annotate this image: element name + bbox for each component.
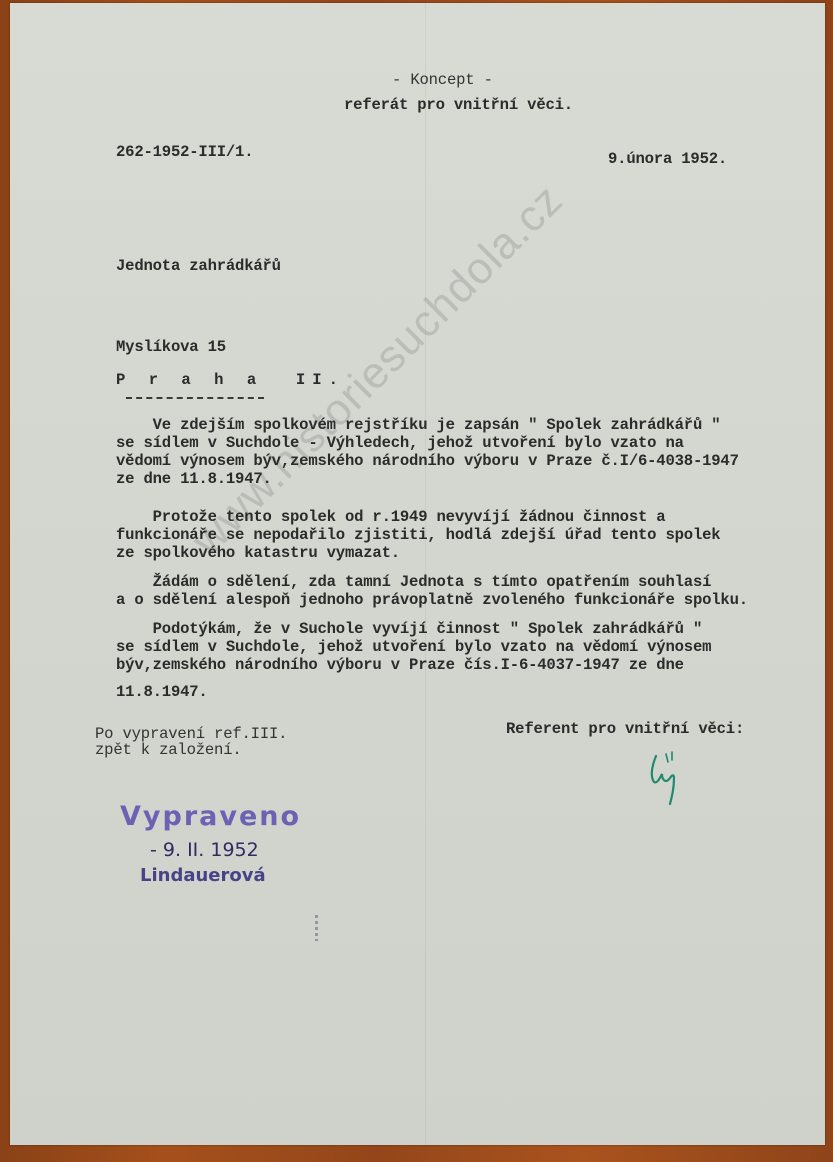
paragraph-line: vědomí výnosem býv,zemského národního vý…: [116, 452, 739, 470]
paragraph-line: Podotýkám, že v Suchole vyvíjí činnost "…: [116, 620, 702, 638]
paragraph-line: býv,zemského národního výboru v Praze čí…: [116, 656, 684, 674]
city-underline: [126, 397, 264, 399]
paragraph-line: a o sdělení alespoň jednoho právoplatně …: [116, 591, 748, 609]
paragraph-line: funkcionáře se nepodařilo zjistiti, hodl…: [116, 526, 720, 544]
recipient-street: Myslíkova 15: [116, 338, 226, 356]
stamp-title: Vypraveno: [120, 801, 301, 832]
paragraph-line: Žádám o sdělení, zda tamní Jednota s tím…: [116, 573, 711, 591]
recipient-name: Jednota zahrádkářů: [116, 257, 281, 275]
document-date: 9.února 1952.: [608, 150, 727, 168]
paragraph-line: Protože tento spolek od r.1949 nevyvíjí …: [116, 508, 665, 526]
stamp-date: - 9. II. 1952: [150, 839, 259, 861]
signatory-title: Referent pro vnitřní věci:: [506, 720, 744, 738]
recipient-city: P r a h a II.: [116, 371, 345, 389]
document-page: www.historiesuchdola.cz - Koncept - refe…: [10, 3, 825, 1145]
handwritten-signature-icon: [648, 748, 688, 808]
paragraph-line: se sídlem v Suchdole, jehož utvoření byl…: [116, 638, 711, 656]
paragraph-line: ze spolkového katastru vymazat.: [116, 544, 400, 562]
department-title: referát pro vnitřní věci.: [344, 96, 573, 114]
paragraph-line: se sídlem v Suchdole - Výhledech, jehož …: [116, 434, 684, 452]
stamp-name: Lindauerová: [140, 865, 266, 886]
closing-date: 11.8.1947.: [116, 683, 208, 701]
reference-number: 262-1952-III/1.: [116, 143, 253, 161]
concept-label: - Koncept -: [392, 71, 493, 89]
paragraph-line: Ve zdejším spolkovém rejstříku je zapsán…: [116, 416, 720, 434]
paragraph-line: ze dne 11.8.1947.: [116, 470, 272, 488]
ink-mark: [315, 915, 318, 941]
filing-note-line-2: zpět k založení.: [95, 741, 242, 759]
